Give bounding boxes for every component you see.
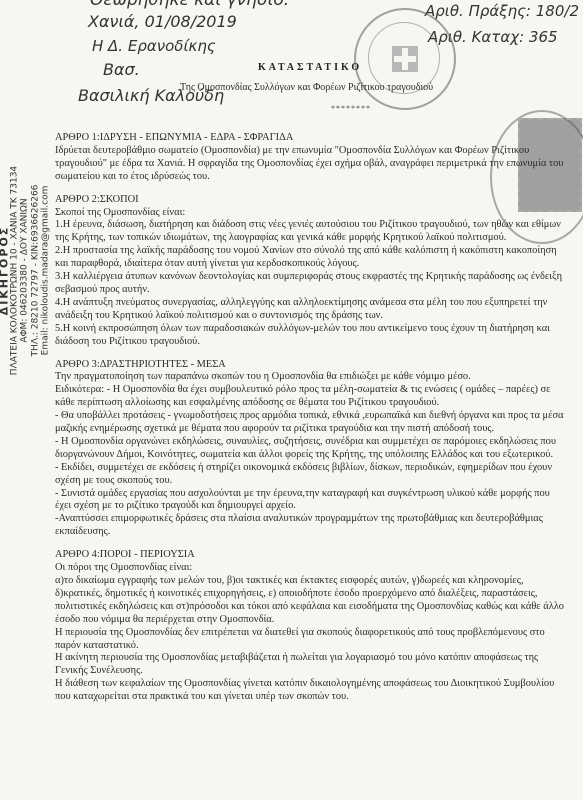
article-paragraph: - Συνιστά ομάδες εργασίας που ασχολούντα…	[55, 488, 565, 514]
document-body: ΑΡΘΡΟ 1:ΙΔΡΥΣΗ - ΕΠΩΝΥΜΙΑ - ΕΔΡΑ - ΣΦΡΑΓ…	[55, 132, 565, 704]
article-paragraph: Η ακίνητη περιουσία της Ομοσπονδίας μετα…	[55, 652, 565, 678]
court-seal-stamp	[354, 8, 456, 110]
signature-scribble: Βασ.	[103, 60, 140, 79]
article-heading: ΑΡΘΡΟ 2:ΣΚΟΠΟΙ	[55, 194, 565, 207]
lawyer-stamp-title: ΔΙΚΗΓΟΡΟΣ	[0, 151, 10, 391]
article-paragraph: Ιδρύεται δευτεροβάθμιο σωματείο (Ομοσπον…	[55, 145, 565, 184]
article-4: ΑΡΘΡΟ 4:ΠΟΡΟΙ - ΠΕΡΙΟΥΣΙΑΟι πόροι της Ομ…	[55, 549, 565, 704]
article-paragraph: α)το δικαίωμα εγγραφής των μελών του, β)…	[55, 575, 565, 627]
article-paragraph: Οι πόροι της Ομοσπονδίας είναι:	[55, 562, 565, 575]
lawyer-phone: ΤΗΛ.: 28210 72797 - ΚΙΝ:6936626266	[30, 151, 40, 391]
article-paragraph: - Θα υποβάλλει προτάσεις - γνωμοδοτήσεις…	[55, 410, 565, 436]
cross-emblem-icon	[392, 46, 418, 72]
handwritten-date: Χανιά, 01/08/2019	[88, 12, 237, 31]
article-1: ΑΡΘΡΟ 1:ΙΔΡΥΣΗ - ΕΠΩΝΥΜΙΑ - ΕΔΡΑ - ΣΦΡΑΓ…	[55, 132, 565, 184]
article-3: ΑΡΘΡΟ 3:ΔΡΑΣΤΗΡΙΟΤΗΤΕΣ - ΜΕΣΑΤην πραγματ…	[55, 359, 565, 540]
lawyer-afm: ΑΦΜ: 046203380 - ΔΟΥ ΧΑΝΙΩΝ	[20, 151, 30, 391]
article-paragraph: - Εκδίδει, συμμετέχει σε εκδόσεις ή στηρ…	[55, 462, 565, 488]
article-paragraph: 1.Η έρευνα, διάσωση, διατήρηση και διάδο…	[55, 219, 565, 245]
lawyer-email: Email: nikoloudis.madara@gmail.com	[40, 151, 50, 391]
article-paragraph: 5.Η κοινή εκπροσώπηση όλων των παραδοσια…	[55, 323, 565, 349]
article-paragraph: 4.Η ανάπτυξη πνεύματος συνεργασίας, αλλη…	[55, 297, 565, 323]
document-title: ΚΑΤΑΣΤΑΤΙΚΟ	[258, 62, 362, 73]
handwritten-role: Η Δ. Ερανοδίκης	[92, 37, 216, 55]
article-paragraph: Την πραγματοποίηση των παραπάνω σκοπών τ…	[55, 371, 565, 384]
article-2: ΑΡΘΡΟ 2:ΣΚΟΠΟΙΣκοποί της Ομοσπονδίας είν…	[55, 194, 565, 349]
article-heading: ΑΡΘΡΟ 3:ΔΡΑΣΤΗΡΙΟΤΗΤΕΣ - ΜΕΣΑ	[55, 359, 565, 372]
lawyer-stamp: ΔΙΚΗΓΟΡΟΣ ΠΛΑΤΕΙΑ ΚΟΛΟΚΟΤΡΩΝΗ 10 - ΧΑΝΙΑ…	[0, 151, 51, 391]
article-paragraph: -Αναπτύσσει επιμορφωτικές δράσεις στα πλ…	[55, 513, 565, 539]
article-heading: ΑΡΘΡΟ 1:ΙΔΡΥΣΗ - ΕΠΩΝΥΜΙΑ - ΕΔΡΑ - ΣΦΡΑΓ…	[55, 132, 565, 145]
article-paragraph: Η διάθεση των κεφαλαίων της Ομοσπονδίας …	[55, 678, 565, 704]
article-paragraph: Σκοποί της Ομοσπονδίας είναι:	[55, 207, 565, 220]
article-heading: ΑΡΘΡΟ 4:ΠΟΡΟΙ - ΠΕΡΙΟΥΣΙΑ	[55, 549, 565, 562]
handwritten-certification: Θεωρήθηκε και γνήσιο.	[90, 0, 289, 10]
document-subtitle: Της Ομοσπονδίας Συλλόγων και Φορέων Ριζί…	[180, 82, 433, 93]
article-paragraph: Ειδικότερα: - Η Ομοσπονδία θα έχει συμβο…	[55, 384, 565, 410]
separator: ********	[331, 104, 371, 113]
article-paragraph: Η περιουσία της Ομοσπονδίας δεν επιτρέπε…	[55, 627, 565, 653]
article-paragraph: 3.Η καλλιέργεια άτυπων κανόνων δεοντολογ…	[55, 271, 565, 297]
registration-act-number: Αριθ. Πράξης: 180/2	[425, 2, 579, 20]
article-paragraph: 2.Η προστασία της λαϊκής παράδοσης του ν…	[55, 245, 565, 271]
lawyer-address: ΠΛΑΤΕΙΑ ΚΟΛΟΚΟΤΡΩΝΗ 10 - ΧΑΝΙΑ ΤΚ 73134	[10, 151, 20, 391]
article-paragraph: - Η Ομοσπονδία οργανώνει εκδηλώσεις, συν…	[55, 436, 565, 462]
